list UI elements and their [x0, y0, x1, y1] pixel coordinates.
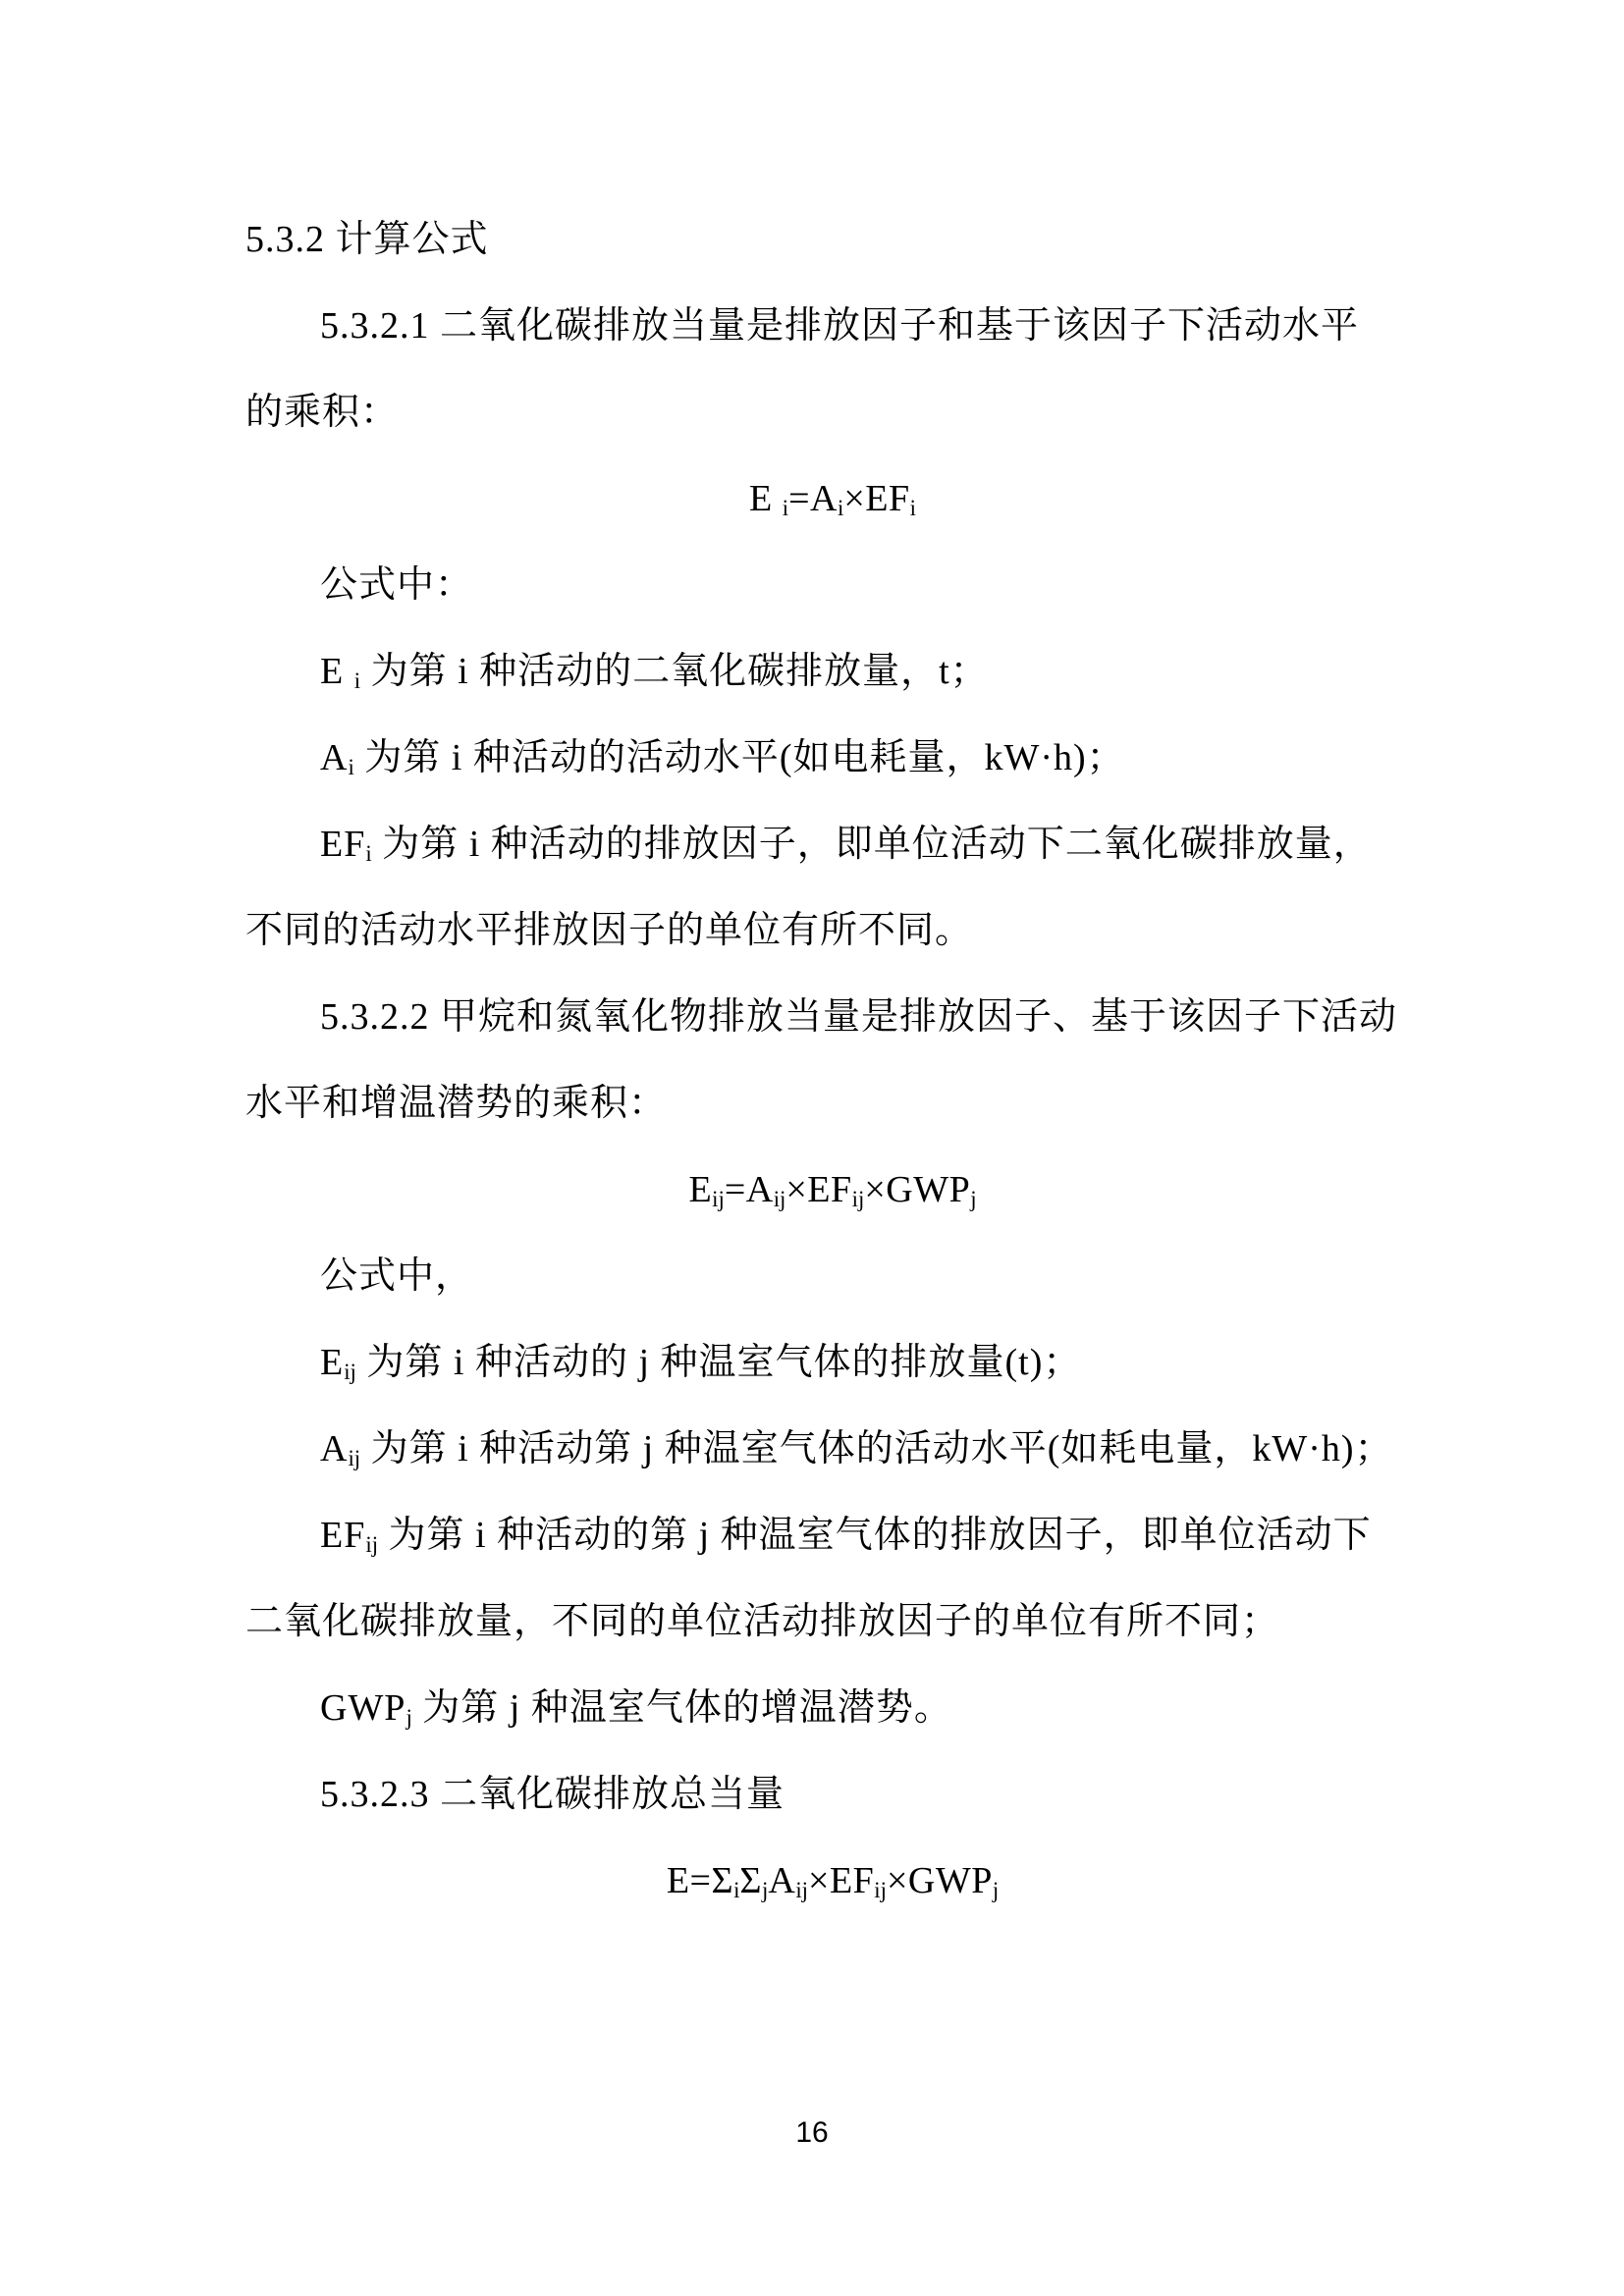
legend-term-efi-line-1: EFi 为第 i 种活动的排放因子，即单位活动下二氧化碳排放量， — [245, 801, 1420, 887]
legend-term-aij: Aij 为第 i 种活动第 j 种温室气体的活动水平(如耗电量，kW·h)； — [245, 1406, 1420, 1492]
legend-term-efi-line-2: 不同的活动水平排放因子的单位有所不同。 — [245, 887, 1420, 974]
formula-total-equivalent: E=ΣiΣjAij×EFij×GWPj — [245, 1838, 1420, 1924]
document-page: 5.3.2 计算公式 5.3.2.1 二氧化碳排放当量是排放因子和基于该因子下活… — [0, 0, 1624, 2296]
para-5-3-2-1-line-2: 的乘积： — [245, 369, 1420, 455]
legend-term-efij-line-2: 二氧化碳排放量，不同的单位活动排放因子的单位有所不同； — [245, 1578, 1420, 1665]
page-number: 16 — [0, 2115, 1624, 2151]
formula-2-legend-intro: 公式中， — [245, 1233, 1420, 1319]
legend-term-ai: Ai 为第 i 种活动的活动水平(如电耗量，kW·h)； — [245, 715, 1420, 801]
formula-ch4-n2o-equivalent: Eij=Aij×EFij×GWPj — [245, 1147, 1420, 1233]
document-body: 5.3.2 计算公式 5.3.2.1 二氧化碳排放当量是排放因子和基于该因子下活… — [245, 196, 1420, 1924]
legend-term-efij-line-1: EFij 为第 i 种活动的第 j 种温室气体的排放因子，即单位活动下 — [245, 1492, 1420, 1578]
para-5-3-2-2-line-2: 水平和增温潜势的乘积： — [245, 1060, 1420, 1147]
heading-5-3-2: 5.3.2 计算公式 — [245, 196, 1420, 283]
legend-term-gwpj: GWPj 为第 j 种温室气体的增温潜势。 — [245, 1665, 1420, 1751]
para-5-3-2-1-line-1: 5.3.2.1 二氧化碳排放当量是排放因子和基于该因子下活动水平 — [245, 283, 1420, 369]
heading-5-3-2-3: 5.3.2.3 二氧化碳排放总当量 — [245, 1751, 1420, 1838]
formula-co2-equivalent: E i=Ai×EFi — [245, 455, 1420, 542]
para-5-3-2-2-line-1: 5.3.2.2 甲烷和氮氧化物排放当量是排放因子、基于该因子下活动 — [245, 974, 1420, 1060]
legend-term-ei: E i 为第 i 种活动的二氧化碳排放量，t； — [245, 628, 1420, 715]
legend-term-eij: Eij 为第 i 种活动的 j 种温室气体的排放量(t)； — [245, 1319, 1420, 1406]
formula-1-legend-intro: 公式中： — [245, 542, 1420, 628]
